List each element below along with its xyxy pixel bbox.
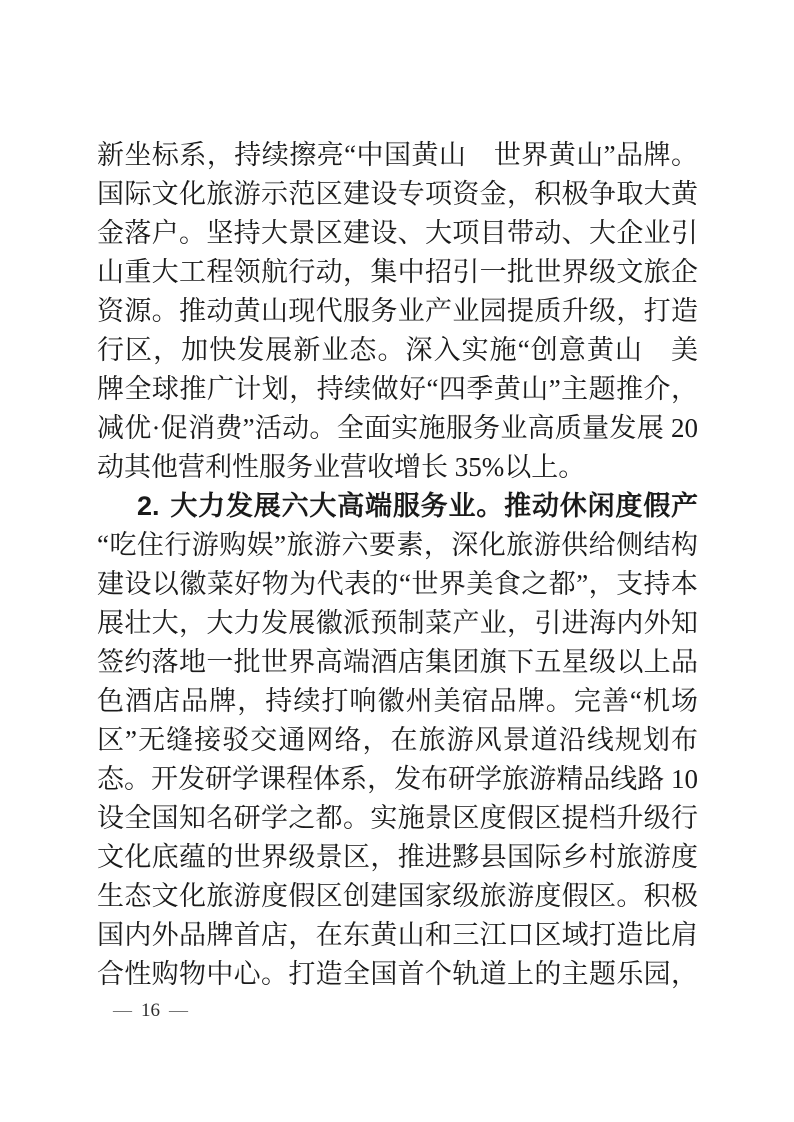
text-line: 新坐标系，持续擦亮“中国黄山 世界黄山”品牌。用好省级皖南	[97, 136, 698, 175]
text-line: 资源。推动黄山现代服务业产业园提质升级，打造大黄山建设先	[97, 292, 698, 331]
text-line: 建设以徽菜好物为代表的“世界美食之都”，支持本土餐饮品牌发	[97, 565, 698, 604]
text-line: 展壮大，大力发展徽派预制菜产业，引进海内外知名美食品牌。	[97, 604, 698, 643]
document-body: 新坐标系，持续擦亮“中国黄山 世界黄山”品牌。用好省级皖南 国际文化旅游示范区建…	[97, 136, 698, 994]
text-line-paragraph-end: 动其他营利性服务业营收增长 35%以上。	[97, 448, 698, 487]
text-line: 区”无缝接驳交通网络，在旅游风景道沿线规划布局微景点等业	[97, 721, 698, 760]
page-number: 16	[141, 1000, 160, 1021]
text-line: 设全国知名研学之都。实施景区度假区提档升级行动，创建富有	[97, 799, 698, 838]
text-line: 山重大工程领航行动，集中招引一批世界级文旅企业和优质产业	[97, 253, 698, 292]
section-heading-line: 2.大力发展六大高端服务业。推动休闲度假产业发展，围绕	[97, 487, 698, 526]
footer-dash-left: —	[113, 1000, 132, 1021]
section-title-bold: 大力发展六大高端服务业。	[170, 491, 505, 521]
text-line: 国际文化旅游示范区建设专项资金，积极争取大黄山产业投资基	[97, 175, 698, 214]
document-page: 新坐标系，持续擦亮“中国黄山 世界黄山”品牌。用好省级皖南 国际文化旅游示范区建…	[0, 0, 794, 1122]
text-line: 文化底蕴的世界级景区，推进黟县国际乡村旅游度假区、齐云山	[97, 838, 698, 877]
text-line: 态。开发研学课程体系，发布研学旅游精品线路 10 条以上，建	[97, 760, 698, 799]
text-line: 国内外品牌首店，在东黄山和三江口区域打造比肩国际水准的综	[97, 916, 698, 955]
text-line: 金落户。坚持大景区建设、大项目带动、大企业引育，实施大黄	[97, 214, 698, 253]
footer-dash-right: —	[169, 1000, 188, 1021]
page-footer: —16—	[113, 999, 188, 1023]
text-line: 牌全球推广计划，持续做好“四季黄山”主题推介，常态化开展“免	[97, 370, 698, 409]
section-number: 2.	[137, 491, 160, 521]
text-line: 行区，加快发展新业态。深入实施“创意黄山 美在徽州”城市品	[97, 331, 698, 370]
text-line: 生态文化旅游度假区创建国家级旅游度假区。积极引进免税店、	[97, 877, 698, 916]
text-line: 色酒店品牌，持续打响徽州美宿品牌。完善“机场+火车站+公路+景	[97, 682, 698, 721]
text-line: “吃住行游购娱”旅游六要素，深化旅游供给侧结构性改革。加快	[97, 526, 698, 565]
text-line: 减优·促消费”活动。全面实施服务业高质量发展 20 项工程，推	[97, 409, 698, 448]
text-line: 签约落地一批世界高端酒店集团旗下五星级以上品牌和高端特	[97, 643, 698, 682]
text-line: 合性购物中心。打造全国首个轨道上的主题乐园，培育低空飞行、	[97, 955, 698, 994]
